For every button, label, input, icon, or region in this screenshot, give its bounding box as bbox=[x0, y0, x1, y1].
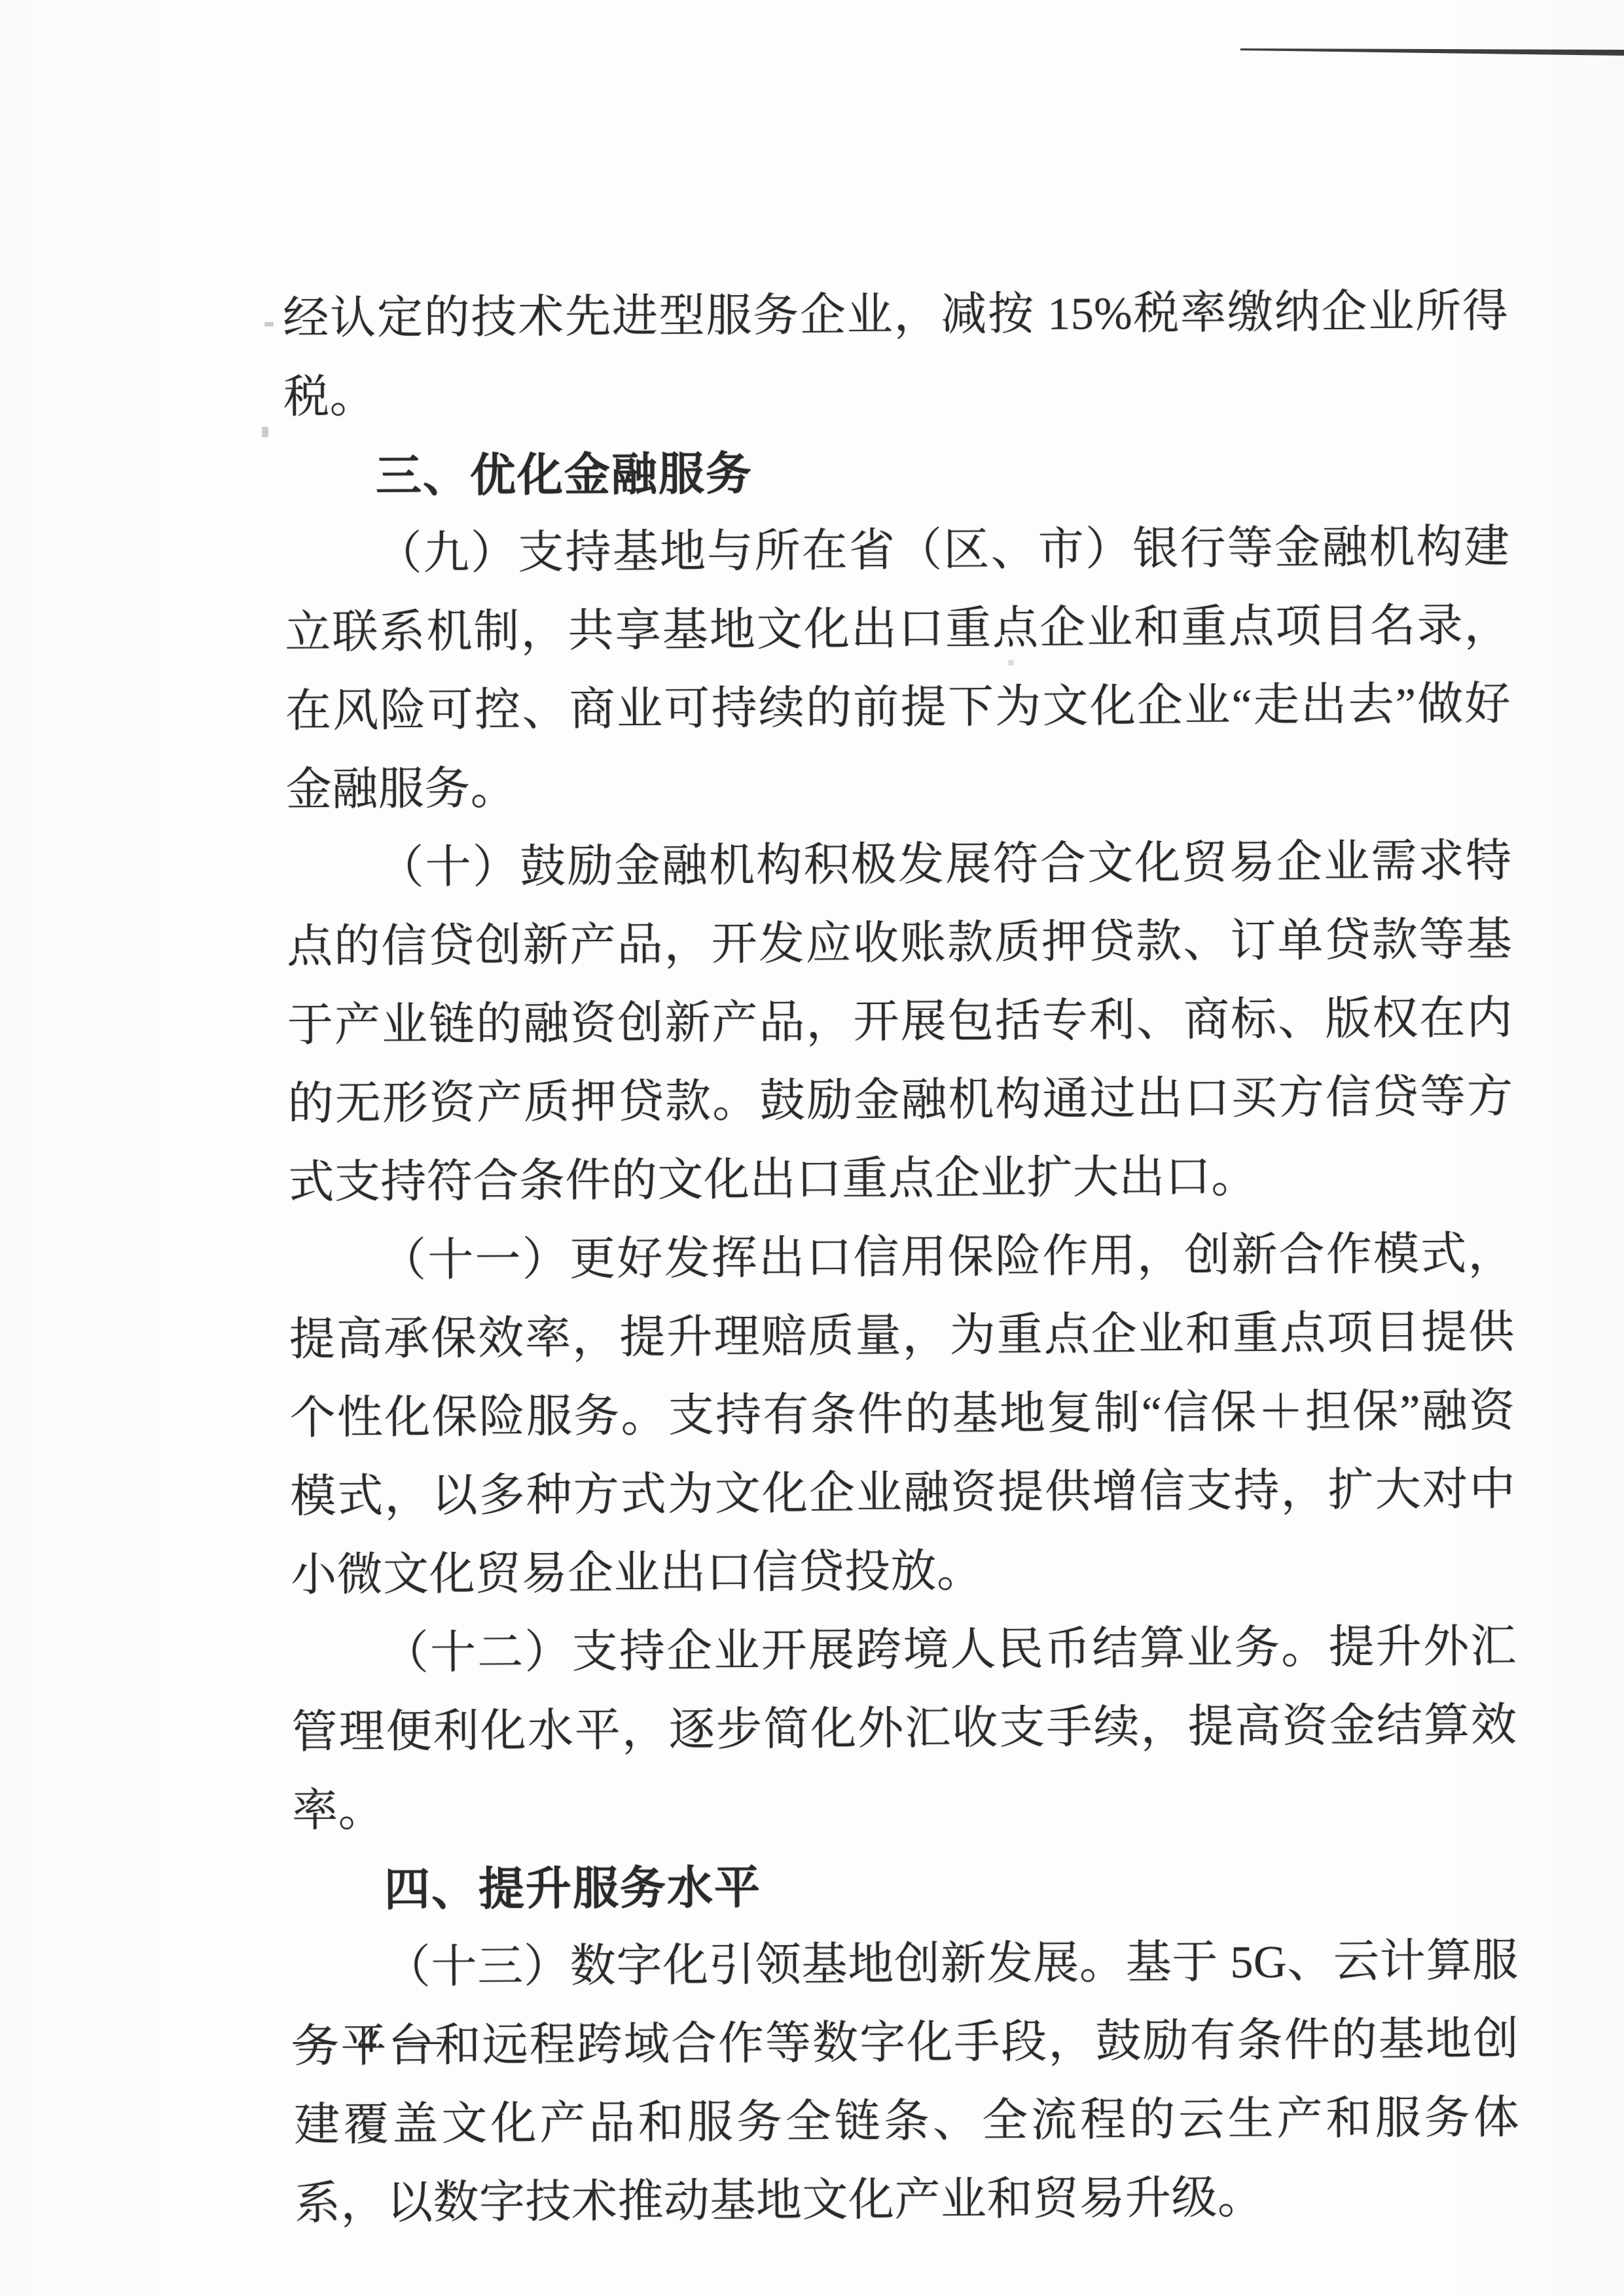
paragraph-item-11: （十一）更好发挥出口信用保险作用，创新合作模式，提高承保效率，提升理赔质量，为重… bbox=[289, 1215, 1517, 1615]
document-page: 经认定的技术先进型服务企业，减按 15%税率缴纳企业所得税。 三、优化金融服务 … bbox=[0, 0, 1624, 2296]
page-number: — 4 — bbox=[293, 2017, 441, 2061]
section-heading-finance: 三、优化金融服务 bbox=[283, 430, 1509, 516]
paragraph-item-9: （九）支持基地与所在省（区、市）银行等金融机构建立联系机制，共享基地文化出口重点… bbox=[284, 509, 1511, 830]
paragraph-item-10: （十）鼓励金融机构积极发展符合文化贸易企业需求特点的信贷创新产品，开发应收账款质… bbox=[286, 823, 1514, 1223]
document-body: 经认定的技术先进型服务企业，减按 15%税率缴纳企业所得税。 三、优化金融服务 … bbox=[283, 273, 1520, 2244]
scan-speck bbox=[264, 322, 274, 327]
scan-artifact-line bbox=[1240, 43, 1624, 60]
scan-speck bbox=[262, 427, 268, 437]
paragraph-continued: 经认定的技术先进型服务企业，减按 15%税率缴纳企业所得税。 bbox=[283, 273, 1509, 437]
paragraph-item-12: （十二）支持企业开展跨境人民币结算业务。提升外汇管理便利化水平，逐步简化外汇收支… bbox=[291, 1608, 1517, 1851]
section-heading-service: 四、提升服务水平 bbox=[293, 1844, 1519, 1929]
paragraph-item-13: （十三）数字化引领基地创新发展。基于 5G、云计算服务平台和远程跨域合作等数字化… bbox=[293, 1922, 1520, 2244]
